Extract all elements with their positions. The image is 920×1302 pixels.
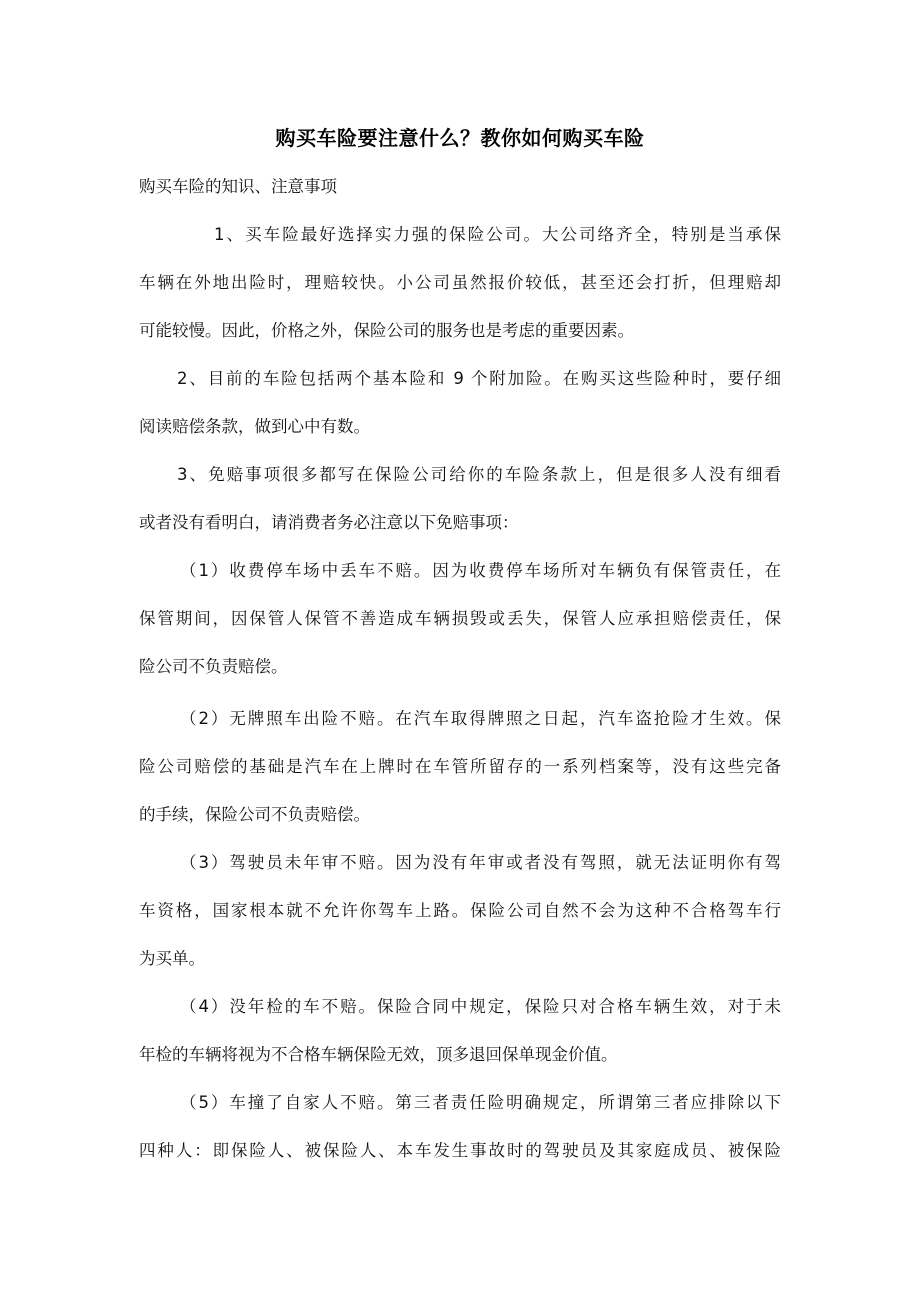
document-page: 购买车险要注意什么？教你如何购买车险 购买车险的知识、注意事项 1、买车险最好选… [0,0,920,1302]
paragraph-line: 3、免赔事项很多都写在保险公司给你的车险条款上，但是很多人没有细看 [177,462,781,488]
paragraph-line: 为买单。 [139,946,781,972]
paragraph-line: 车辆在外地出险时，理赔较快。小公司虽然报价较低，甚至还会打折，但理赔却 [139,270,781,296]
paragraph-line: （1）收费停车场中丢车不赔。因为收费停车场所对车辆负有保管责任，在 [180,558,781,584]
paragraph-line: 险公司不负责赔偿。 [139,654,781,680]
paragraph-line: 车资格，国家根本就不允许你驾车上路。保险公司自然不会为这种不合格驾车行 [139,898,781,924]
paragraph-line: 的手续，保险公司不负责赔偿。 [139,802,781,828]
paragraph-line: 可能较慢。因此，价格之外，保险公司的服务也是考虑的重要因素。 [139,318,781,344]
paragraph-line: 1、买车险最好选择实力强的保险公司。大公司络齐全，特别是当承保 [214,222,781,248]
paragraph-line: 四种人：即保险人、被保险人、本车发生事故时的驾驶员及其家庭成员、被保险 [139,1138,781,1164]
paragraph-line: 险公司赔偿的基础是汽车在上牌时在车管所留存的一系列档案等，没有这些完备 [139,754,781,780]
paragraph-line: 阅读赔偿条款，做到心中有数。 [139,414,781,440]
paragraph-line: 或者没有看明白，请消费者务必注意以下免赔事项： [139,510,781,536]
paragraph-line: 保管期间，因保管人保管不善造成车辆损毁或丢失，保管人应承担赔偿责任，保 [139,606,781,632]
paragraph-line: （5）车撞了自家人不赔。第三者责任险明确规定，所谓第三者应排除以下 [180,1090,781,1116]
document-title: 购买车险要注意什么？教你如何购买车险 [0,124,920,152]
paragraph-line: 2、目前的车险包括两个基本险和 9 个附加险。在购买这些险种时，要仔细 [177,366,781,392]
paragraph-line: （3）驾驶员未年审不赔。因为没有年审或者没有驾照，就无法证明你有驾 [180,850,781,876]
document-subtitle: 购买车险的知识、注意事项 [139,174,337,200]
paragraph-line: 年检的车辆将视为不合格车辆保险无效，顶多退回保单现金价值。 [139,1042,781,1068]
paragraph-line: （2）无牌照车出险不赔。在汽车取得牌照之日起，汽车盗抢险才生效。保 [180,706,781,732]
paragraph-line: （4）没年检的车不赔。保险合同中规定，保险只对合格车辆生效，对于未 [180,994,781,1020]
